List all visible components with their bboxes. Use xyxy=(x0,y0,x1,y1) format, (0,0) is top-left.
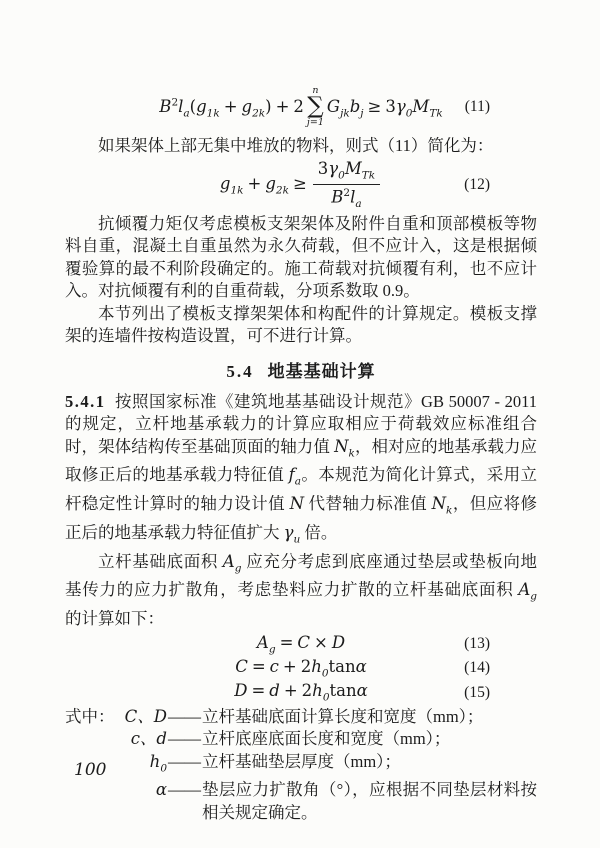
sub-0: 0 xyxy=(323,692,330,704)
definition-text-h0: 立杆基础垫层厚度（mm）； xyxy=(202,751,537,780)
fraction-denominator: B2la xyxy=(331,185,361,210)
var-A: A xyxy=(518,580,530,599)
var-c: c xyxy=(270,657,279,676)
var-Nk: Nk xyxy=(334,437,355,456)
section-title: 地基基础计算 xyxy=(268,362,376,381)
sub-1k: 1k xyxy=(230,185,243,197)
var-N: N xyxy=(432,494,446,513)
var-Nk: Nk xyxy=(432,494,453,513)
clause-text: 立杆基础底面积 xyxy=(98,552,223,571)
sum-lower-limit: j=1 xyxy=(307,118,324,128)
paren-close: ) xyxy=(265,97,271,116)
var-gamma: γ xyxy=(284,523,294,542)
definition-row-CD: 式中： C、D —— 立杆基础底面计算长度和宽度（mm）； xyxy=(65,706,537,729)
symbol-alpha: α xyxy=(117,779,167,824)
fraction-numerator: 3γ0MTk xyxy=(313,159,380,185)
var-Ag: Ag xyxy=(223,552,242,571)
sub-g: g xyxy=(269,643,276,655)
section-heading-5-4: 5.4地基基础计算 xyxy=(65,357,537,382)
coefficient-2: 2 xyxy=(293,97,304,116)
equation-number-15: (15) xyxy=(464,684,490,702)
sub-0: 0 xyxy=(160,762,167,774)
definition-text-CD: 立杆基础底面计算长度和宽度（mm）； xyxy=(202,706,537,729)
document-page: B2la(g1k+g2k)+2n∑j=1Gjkbj≥3γ0MTk (11) 如果… xyxy=(0,0,600,848)
definition-dash: —— xyxy=(167,728,202,751)
var-h0: h xyxy=(311,657,322,676)
equation-number-14: (14) xyxy=(464,659,490,677)
definitions-lead-spacer xyxy=(65,779,117,824)
fraction: 3γ0MTkB2la xyxy=(313,159,380,210)
sub-1k: 1k xyxy=(207,107,220,119)
var-bj: b xyxy=(350,97,361,116)
definition-dash: —— xyxy=(167,779,202,824)
var-Ag: A xyxy=(257,633,269,652)
symbol-h0: h0 xyxy=(117,751,167,780)
tan-function: tan xyxy=(330,681,357,700)
definition-dash: —— xyxy=(167,706,202,729)
formula-14: C=c+2h0tanα (14) xyxy=(65,657,537,679)
definition-row-cd: c、d —— 立杆底座底面长度和宽度（mm）； xyxy=(65,728,537,751)
paragraph-intro-formula12: 如果架体上部无集中堆放的物料，则式（11）简化为： xyxy=(65,135,537,158)
plus-operator: + xyxy=(248,174,262,193)
formula-15-math: D=d+2h0tanα xyxy=(234,681,368,700)
tan-function: tan xyxy=(329,657,356,676)
var-Ag: Ag xyxy=(518,580,537,599)
page-number: 100 xyxy=(74,760,106,780)
formula-11-math: B2la(g1k+g2k)+2n∑j=1Gjkbj≥3γ0MTk xyxy=(159,97,442,116)
clause-text: 代替轴力标准值 xyxy=(304,494,432,513)
var-g1k: g xyxy=(220,174,231,193)
formula-15: D=d+2h0tanα (15) xyxy=(65,681,537,703)
definition-text-cd: 立杆底座底面长度和宽度（mm）； xyxy=(202,728,537,751)
definition-text-alpha: 垫层应力扩散角（°），应根据不同垫层材料按相关规定确定。 xyxy=(202,779,537,824)
sub-j: j xyxy=(360,107,363,119)
sub-Tk: Tk xyxy=(429,107,442,119)
plus-operator: + xyxy=(224,97,238,116)
definitions-lead-spacer xyxy=(65,728,117,751)
sub-2k: 2k xyxy=(252,107,265,119)
symbol-definitions: 式中： C、D —— 立杆基础底面计算长度和宽度（mm）； c、d —— 立杆底… xyxy=(65,706,537,825)
clause-text: 倍。 xyxy=(300,523,337,542)
paragraph-anti-overturning: 抗倾覆力矩仅考虑模板支架架体及附件自重和顶部模板等物料自重，混凝土自重虽然为永久… xyxy=(65,213,537,303)
definition-row-h0: h0 —— 立杆基础垫层厚度（mm）； xyxy=(65,751,537,780)
equation-number-12: (12) xyxy=(464,176,490,194)
clause-text: 的计算如下： xyxy=(65,609,164,628)
sub-g: g xyxy=(530,591,537,603)
summation-symbol: n∑j=1 xyxy=(307,86,324,129)
geq-operator: ≥ xyxy=(368,97,382,116)
formula-13: Ag=C×D (13) xyxy=(65,633,537,655)
sigma-icon: ∑ xyxy=(307,96,323,118)
sub-2k: 2k xyxy=(276,185,289,197)
sub-0: 0 xyxy=(322,667,329,679)
symbol-cd: c、d xyxy=(117,728,167,751)
clause-number: 5.4.1 xyxy=(65,392,106,411)
sub-jk: jk xyxy=(340,107,350,119)
definitions-lead: 式中： xyxy=(65,706,117,729)
equals-operator: = xyxy=(252,657,266,676)
sub-a: a xyxy=(355,198,361,210)
plus-operator: + xyxy=(283,657,297,676)
var-g2k: g xyxy=(242,97,253,116)
var-A: A xyxy=(223,552,235,571)
var-C: C xyxy=(235,657,248,676)
formula-13-math: Ag=C×D xyxy=(257,633,345,652)
var-N: N xyxy=(334,437,348,456)
paragraph-foundation-area: 立杆基础底面积 Ag 应充分考虑到底座通过垫层或垫板向地基传力的应力扩散角，考虑… xyxy=(65,551,537,631)
var-MTk: M xyxy=(345,159,362,178)
plus-operator: + xyxy=(276,97,290,116)
var-MTk: M xyxy=(412,97,429,116)
definition-row-alpha: α —— 垫层应力扩散角（°），应根据不同垫层材料按相关规定确定。 xyxy=(65,779,537,824)
coefficient-2: 2 xyxy=(301,657,312,676)
coefficient-2: 2 xyxy=(302,681,313,700)
times-operator: × xyxy=(314,633,328,652)
coefficient-3: 3 xyxy=(385,97,396,116)
definition-dash: —— xyxy=(167,751,202,780)
symbol-CD: C、D xyxy=(117,706,167,729)
geq-operator: ≥ xyxy=(293,174,307,193)
var-D: D xyxy=(234,681,247,700)
paragraph-5-4-1: 5.4.1按照国家标准《建筑地基基础设计规范》GB 50007 - 2011 的… xyxy=(65,391,537,551)
var-Gjk: G xyxy=(327,97,340,116)
sub-Tk: Tk xyxy=(362,170,375,182)
var-h0: h xyxy=(312,681,323,700)
var-g2k: g xyxy=(265,174,276,193)
plus-operator: + xyxy=(284,681,298,700)
section-number: 5.4 xyxy=(226,362,253,381)
var-g1k: g xyxy=(196,97,207,116)
var-B: B xyxy=(331,188,343,207)
equals-operator: = xyxy=(280,633,294,652)
var-fa: fa xyxy=(289,465,301,484)
equals-operator: = xyxy=(251,681,265,700)
var-gamma0: γ xyxy=(396,97,406,116)
formula-14-math: C=c+2h0tanα xyxy=(235,657,367,676)
formula-12-math: g1k+g2k≥3γ0MTkB2la xyxy=(220,174,382,193)
var-h: h xyxy=(150,752,161,771)
var-B: B xyxy=(159,97,171,116)
coefficient-3: 3 xyxy=(318,159,329,178)
var-N: N xyxy=(290,494,304,513)
formula-12: g1k+g2k≥3γ0MTkB2la (12) xyxy=(65,159,537,210)
var-C: C xyxy=(297,633,310,652)
formula-11: B2la(g1k+g2k)+2n∑j=1Gjkbj≥3γ0MTk (11) xyxy=(65,86,537,129)
var-gamma-u: γu xyxy=(284,523,301,542)
equation-number-13: (13) xyxy=(464,635,490,653)
var-D: D xyxy=(332,633,345,652)
equation-number-11: (11) xyxy=(465,98,490,116)
page-content: B2la(g1k+g2k)+2n∑j=1Gjkbj≥3γ0MTk (11) 如果… xyxy=(0,0,600,824)
var-gamma0: γ xyxy=(328,159,338,178)
var-alpha: α xyxy=(357,681,368,700)
var-d: d xyxy=(269,681,280,700)
sub-0: 0 xyxy=(338,170,345,182)
var-alpha: α xyxy=(356,657,367,676)
paragraph-section-note: 本节列出了模板支撑架架体和构配件的计算规定。模板支撑架的连墙件按构造设置，可不进… xyxy=(65,303,537,348)
